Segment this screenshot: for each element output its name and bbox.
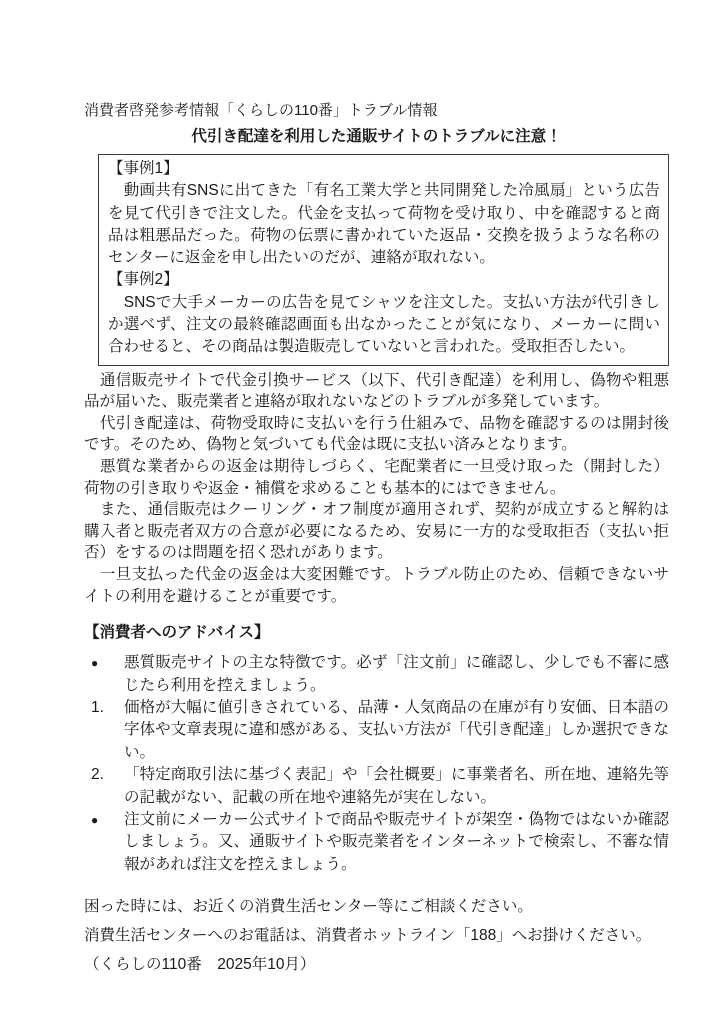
body-paragraph: 通信販売サイトで代金引換サービス（以下、代引き配達）を利用し、偽物や粗悪品が届い… [84, 370, 669, 413]
case-examples-box: 【事例1】 動画共有SNSに出てきた「有名工業大学と共同開発した冷風扇」という広… [98, 154, 669, 366]
body-paragraph: 一旦支払った代金の返金は大変困難です。トラブル防止のため、信頼できないサイトの利… [84, 564, 669, 607]
number-marker: 1. [84, 697, 124, 719]
document-page: 消費者啓発参考情報「くらしの110番」トラブル情報 代引き配達を利用した通販サイ… [0, 0, 724, 1024]
document-content: 消費者啓発参考情報「くらしの110番」トラブル情報 代引き配達を利用した通販サイ… [84, 100, 669, 979]
advice-item-text: 「特定商取引法に基づく表記」や「会社概要」に事業者名、所在地、連絡先等の記載がな… [124, 764, 669, 809]
case2-label: 【事例2】 [108, 269, 660, 291]
footer-contact-section: 困った時には、お近くの消費生活センター等にご相談ください。 消費生活センターへの… [84, 892, 669, 979]
footer-line: （くらしの110番 2025年10月） [84, 950, 669, 979]
footer-line: 消費生活センターへのお電話は、消費者ホットライン「188」へお掛けください。 [84, 921, 669, 950]
advice-list: ● 悪質販売サイトの主な特徴です。必ず「注文前」に確認し、少しでも不審に感じたら… [84, 652, 669, 876]
list-item: ● 悪質販売サイトの主な特徴です。必ず「注文前」に確認し、少しでも不審に感じたら… [84, 652, 669, 697]
document-header-line: 消費者啓発参考情報「くらしの110番」トラブル情報 [84, 100, 669, 122]
advice-item-text: 悪質販売サイトの主な特徴です。必ず「注文前」に確認し、少しでも不審に感じたら利用… [124, 652, 669, 697]
body-text-section: 通信販売サイトで代金引換サービス（以下、代引き配達）を利用し、偽物や粗悪品が届い… [84, 370, 669, 608]
body-paragraph: また、通信販売はクーリング・オフ制度が適用されず、契約が成立すると解約は購入者と… [84, 499, 669, 564]
advice-item-text: 注文前にメーカー公式サイトで商品や販売サイトが架空・偽物ではないか確認しましょう… [124, 809, 669, 876]
case1-text: 動画共有SNSに出てきた「有名工業大学と共同開発した冷風扇」という広告を見て代引… [108, 180, 660, 269]
case2-text: SNSで大手メーカーの広告を見てシャツを注文した。支払い方法が代引きしか選べず、… [108, 292, 660, 359]
page-title: 代引き配達を利用した通販サイトのトラブルに注意！ [84, 126, 669, 148]
advice-section-heading: 【消費者へのアドバイス】 [84, 622, 669, 644]
list-item: 1. 価格が大幅に値引きされている、品薄・人気商品の在庫が有り安価、日本語の字体… [84, 697, 669, 764]
footer-line: 困った時には、お近くの消費生活センター等にご相談ください。 [84, 892, 669, 921]
list-item: ● 注文前にメーカー公式サイトで商品や販売サイトが架空・偽物ではないか確認しまし… [84, 809, 669, 876]
bullet-marker: ● [84, 809, 124, 831]
list-item: 2. 「特定商取引法に基づく表記」や「会社概要」に事業者名、所在地、連絡先等の記… [84, 764, 669, 809]
advice-item-text: 価格が大幅に値引きされている、品薄・人気商品の在庫が有り安価、日本語の字体や文章… [124, 697, 669, 764]
body-paragraph: 悪質な業者からの返金は期待しづらく、宅配業者に一旦受け取った（開封した）荷物の引… [84, 456, 669, 499]
number-marker: 2. [84, 764, 124, 786]
body-paragraph: 代引き配達は、荷物受取時に支払いを行う仕組みで、品物を確認するのは開封後です。そ… [84, 413, 669, 456]
bullet-marker: ● [84, 652, 124, 674]
case1-label: 【事例1】 [108, 158, 660, 180]
